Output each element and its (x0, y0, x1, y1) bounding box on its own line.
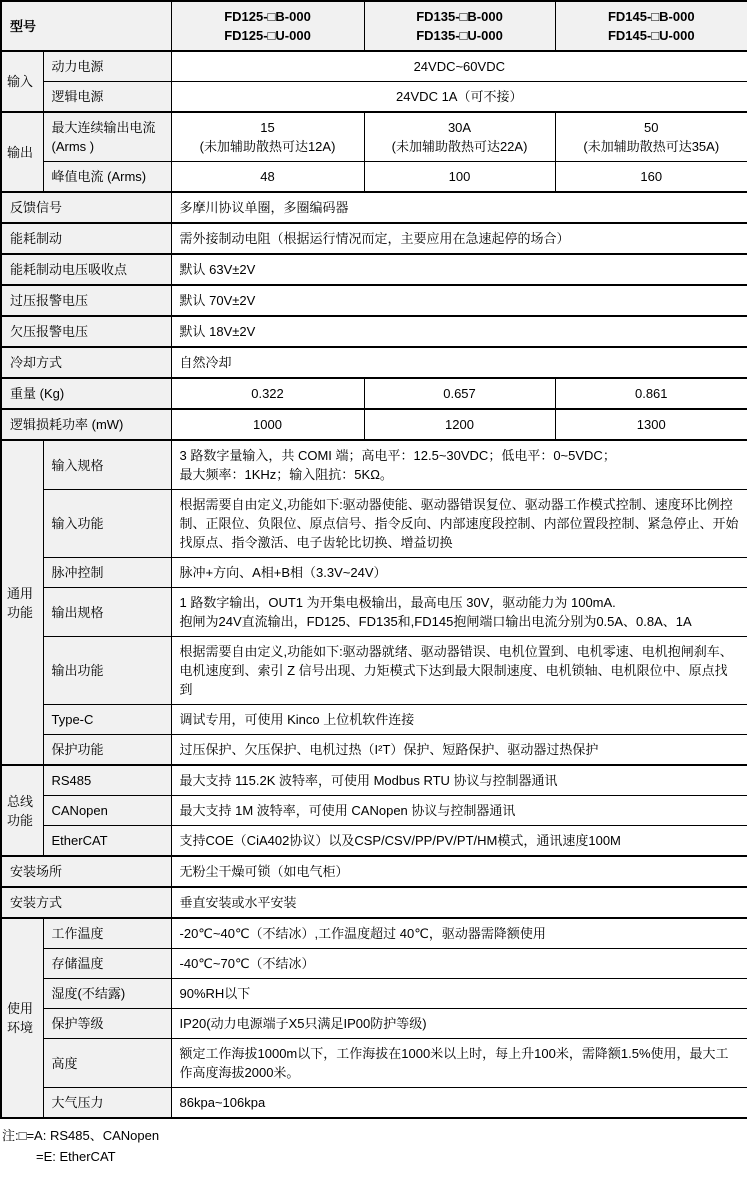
row-label: 保护等级 (43, 1009, 171, 1039)
value-cell: 1 路数字输出，OUT1 为开集电极输出，最高电压 30V，驱动能力为 100m… (171, 588, 747, 637)
table-row: 输入功能根据需要自由定义,功能如下:驱动器使能、驱动器错误复位、驱动器工作模式控… (1, 490, 747, 558)
table-row: 输入动力电源24VDC~60VDC (1, 51, 747, 82)
value-cell: -20℃~40℃（不结冰）,工作温度超过 40℃，驱动器需降额使用 (171, 918, 747, 949)
row-label: 保护功能 (43, 735, 171, 766)
table-row: 保护等级IP20(动力电源端子X5只满足IP00防护等级) (1, 1009, 747, 1039)
value-cell: 脉冲+方向、A相+B相（3.3V~24V） (171, 558, 747, 588)
table-row: 输出最大连续输出电流 (Arms )15 (未加辅助散热可达12A)30A (未… (1, 112, 747, 162)
table-row: 使用环境工作温度-20℃~40℃（不结冰）,工作温度超过 40℃，驱动器需降额使… (1, 918, 747, 949)
row-label: 能耗制动电压吸收点 (1, 254, 171, 285)
row-label: 冷却方式 (1, 347, 171, 378)
value-cell: 0.861 (555, 378, 747, 409)
table-row: CANopen最大支持 1M 波特率，可使用 CANopen 协议与控制器通讯 (1, 796, 747, 826)
row-label: 脉冲控制 (43, 558, 171, 588)
row-label: 欠压报警电压 (1, 316, 171, 347)
value-cell: 50 (未加辅助散热可达35A) (555, 112, 747, 162)
value-cell: 3 路数字量输入，共 COMI 端；高电平：12.5~30VDC；低电平：0~5… (171, 440, 747, 490)
table-row: 存储温度-40℃~70℃（不结冰） (1, 949, 747, 979)
table-row: 重量 (Kg)0.3220.6570.861 (1, 378, 747, 409)
table-row: 欠压报警电压默认 18V±2V (1, 316, 747, 347)
table-row: 输出功能根据需要自由定义,功能如下:驱动器就绪、驱动器错误、电机位置到、电机零速… (1, 637, 747, 705)
row-label: 逻辑电源 (43, 82, 171, 113)
value-cell: 1300 (555, 409, 747, 440)
table-row: 大气压力86kpa~106kpa (1, 1088, 747, 1119)
group-label: 输入 (1, 51, 43, 112)
value-cell: 最大支持 115.2K 波特率，可使用 Modbus RTU 协议与控制器通讯 (171, 765, 747, 796)
value-cell: 默认 70V±2V (171, 285, 747, 316)
table-row: 通用功能输入规格3 路数字量输入，共 COMI 端；高电平：12.5~30VDC… (1, 440, 747, 490)
spec-table: 型号FD125-□B-000 FD125-□U-000FD135-□B-000 … (0, 0, 747, 1119)
table-row: 总线功能RS485最大支持 115.2K 波特率，可使用 Modbus RTU … (1, 765, 747, 796)
value-cell: 根据需要自由定义,功能如下:驱动器使能、驱动器错误复位、驱动器工作模式控制、速度… (171, 490, 747, 558)
row-label: 最大连续输出电流 (Arms ) (43, 112, 171, 162)
value-cell: 多摩川协议单圈，多圈编码器 (171, 192, 747, 223)
table-row: Type-C调试专用，可使用 Kinco 上位机软件连接 (1, 705, 747, 735)
model-header: FD145-□B-000 FD145-□U-000 (555, 1, 747, 51)
row-label: 输入功能 (43, 490, 171, 558)
model-row-label: 型号 (1, 1, 171, 51)
value-cell: 30A (未加辅助散热可达22A) (364, 112, 555, 162)
row-label: 输出规格 (43, 588, 171, 637)
value-cell: 86kpa~106kpa (171, 1088, 747, 1119)
row-label: 安装方式 (1, 887, 171, 918)
value-cell: 最大支持 1M 波特率，可使用 CANopen 协议与控制器通讯 (171, 796, 747, 826)
value-cell: 1200 (364, 409, 555, 440)
footnote-line-2: =E: EtherCAT (36, 1146, 747, 1167)
row-label: 湿度(不结露) (43, 979, 171, 1009)
value-cell: -40℃~70℃（不结冰） (171, 949, 747, 979)
value-cell: 调试专用，可使用 Kinco 上位机软件连接 (171, 705, 747, 735)
table-row: 安装方式垂直安装或水平安装 (1, 887, 747, 918)
row-label: EtherCAT (43, 826, 171, 857)
value-cell: 24VDC 1A（可不接） (171, 82, 747, 113)
row-label: RS485 (43, 765, 171, 796)
value-cell: 额定工作海拔1000m以下，工作海拔在1000米以上时，每上升100米，需降额1… (171, 1039, 747, 1088)
table-row: 峰值电流 (Arms)48100160 (1, 162, 747, 193)
group-label: 通用功能 (1, 440, 43, 765)
row-label: 逻辑损耗功率 (mW) (1, 409, 171, 440)
table-row: 逻辑电源24VDC 1A（可不接） (1, 82, 747, 113)
value-cell: 1000 (171, 409, 364, 440)
value-cell: 支持COE（CiA402协议）以及CSP/CSV/PP/PV/PT/HM模式，通… (171, 826, 747, 857)
row-label: 过压报警电压 (1, 285, 171, 316)
value-cell: 48 (171, 162, 364, 193)
model-header: FD125-□B-000 FD125-□U-000 (171, 1, 364, 51)
row-label: 高度 (43, 1039, 171, 1088)
row-label: 输出功能 (43, 637, 171, 705)
table-row: 高度额定工作海拔1000m以下，工作海拔在1000米以上时，每上升100米，需降… (1, 1039, 747, 1088)
row-label: 重量 (Kg) (1, 378, 171, 409)
table-row: 冷却方式自然冷却 (1, 347, 747, 378)
value-cell: 默认 63V±2V (171, 254, 747, 285)
row-label: 反馈信号 (1, 192, 171, 223)
group-label: 输出 (1, 112, 43, 192)
footnote-line-1: 注:□=A: RS485、CANopen (2, 1125, 747, 1146)
table-row: 保护功能过压保护、欠压保护、电机过热（I²T）保护、短路保护、驱动器过热保护 (1, 735, 747, 766)
row-label: 能耗制动 (1, 223, 171, 254)
value-cell: 过压保护、欠压保护、电机过热（I²T）保护、短路保护、驱动器过热保护 (171, 735, 747, 766)
value-cell: 无粉尘干燥可锁（如电气柜） (171, 856, 747, 887)
value-cell: 垂直安装或水平安装 (171, 887, 747, 918)
row-label: 存储温度 (43, 949, 171, 979)
value-cell: 根据需要自由定义,功能如下:驱动器就绪、驱动器错误、电机位置到、电机零速、电机抱… (171, 637, 747, 705)
row-label: 动力电源 (43, 51, 171, 82)
value-cell: 默认 18V±2V (171, 316, 747, 347)
value-cell: 90%RH以下 (171, 979, 747, 1009)
table-row: 能耗制动电压吸收点默认 63V±2V (1, 254, 747, 285)
table-row: 安装场所无粉尘干燥可锁（如电气柜） (1, 856, 747, 887)
row-label: 大气压力 (43, 1088, 171, 1119)
group-label: 总线功能 (1, 765, 43, 856)
group-label: 使用环境 (1, 918, 43, 1118)
table-row: EtherCAT支持COE（CiA402协议）以及CSP/CSV/PP/PV/P… (1, 826, 747, 857)
table-row: 过压报警电压默认 70V±2V (1, 285, 747, 316)
row-label: 安装场所 (1, 856, 171, 887)
spec-sheet: 型号FD125-□B-000 FD125-□U-000FD135-□B-000 … (0, 0, 747, 1177)
value-cell: 24VDC~60VDC (171, 51, 747, 82)
value-cell: 自然冷却 (171, 347, 747, 378)
value-cell: 100 (364, 162, 555, 193)
row-label: 工作温度 (43, 918, 171, 949)
row-label: 峰值电流 (Arms) (43, 162, 171, 193)
value-cell: 需外接制动电阻（根据运行情况而定，主要应用在急速起停的场合） (171, 223, 747, 254)
value-cell: 0.657 (364, 378, 555, 409)
row-label: CANopen (43, 796, 171, 826)
table-row: 逻辑损耗功率 (mW)100012001300 (1, 409, 747, 440)
value-cell: 160 (555, 162, 747, 193)
model-header: FD135-□B-000 FD135-□U-000 (364, 1, 555, 51)
table-row: 型号FD125-□B-000 FD125-□U-000FD135-□B-000 … (1, 1, 747, 51)
table-row: 能耗制动需外接制动电阻（根据运行情况而定，主要应用在急速起停的场合） (1, 223, 747, 254)
table-row: 反馈信号多摩川协议单圈，多圈编码器 (1, 192, 747, 223)
row-label: Type-C (43, 705, 171, 735)
row-label: 输入规格 (43, 440, 171, 490)
table-row: 湿度(不结露)90%RH以下 (1, 979, 747, 1009)
value-cell: 0.322 (171, 378, 364, 409)
value-cell: IP20(动力电源端子X5只满足IP00防护等级) (171, 1009, 747, 1039)
footnotes: 注:□=A: RS485、CANopen =E: EtherCAT (0, 1119, 747, 1177)
value-cell: 15 (未加辅助散热可达12A) (171, 112, 364, 162)
table-row: 输出规格1 路数字输出，OUT1 为开集电极输出，最高电压 30V，驱动能力为 … (1, 588, 747, 637)
table-row: 脉冲控制脉冲+方向、A相+B相（3.3V~24V） (1, 558, 747, 588)
